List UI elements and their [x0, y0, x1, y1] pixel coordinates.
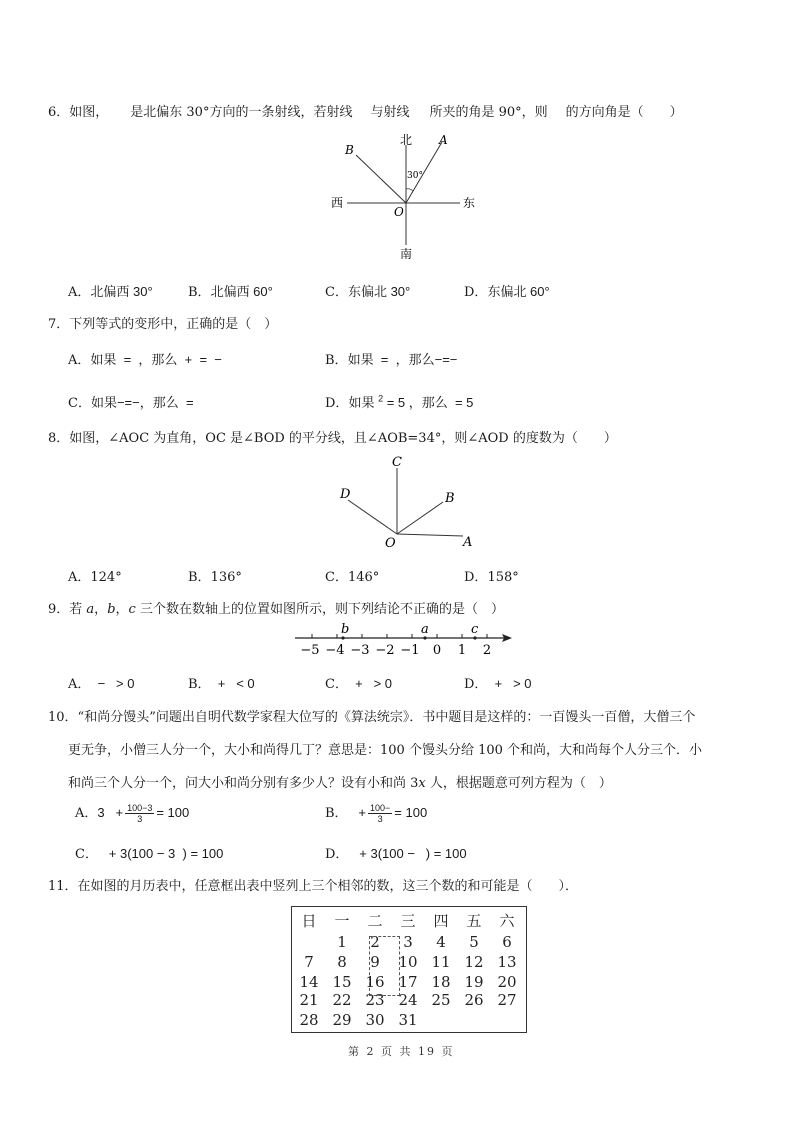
weekday-header: 五 — [459, 910, 489, 931]
weekday-header: 一 — [327, 910, 357, 931]
weekday-header: 三 — [393, 910, 423, 931]
tick-label: −1 — [400, 643, 419, 658]
point-b-label: b — [341, 622, 349, 637]
q10-line-1: 10．“和尚分馒头”问题出自明代数学家程大位写的《算法统宗》．书中题目是这样的：… — [48, 706, 695, 725]
calendar-row: 14 15 16 17 18 19 20 — [292, 973, 528, 992]
highlight-dashed-box — [369, 936, 400, 996]
q10-option-a[interactable]: A．3 +100−33= 100 — [75, 802, 189, 824]
ray-b-label: B — [344, 143, 354, 157]
label-b: B — [444, 491, 455, 506]
tick-label: 2 — [483, 643, 491, 658]
west-label: 西 — [331, 196, 343, 210]
calendar-table: 日 一 二 三 四 五 六 1 2 3 4 5 6 7 8 9 10 11 12… — [291, 906, 527, 1033]
q8-stem: 8．如图，∠AOC 为直角，OC 是∠BOD 的平分线，且∠AOB=34°，则∠… — [48, 427, 617, 446]
point-c-label: c — [471, 622, 479, 637]
q9-option-a[interactable]: A． − > 0 — [68, 673, 134, 692]
east-label: 东 — [463, 196, 475, 210]
point-a-label: a — [421, 622, 429, 637]
weekday-header: 日 — [294, 910, 324, 931]
calendar-row: 28 29 30 31 — [292, 1011, 528, 1030]
calendar-row: 7 8 9 10 11 12 13 — [292, 953, 528, 972]
q10-option-b[interactable]: B． +100−3= 100 — [325, 802, 427, 824]
q7-option-b[interactable]: B．如果 = ，那么−=− — [325, 349, 457, 368]
north-label: 北 — [400, 133, 412, 147]
q10-line-3: 和尚三个人分一个，问大小和尚分别有多少人？设有小和尚 3x 人，根据题意可列方程… — [68, 772, 612, 791]
origin-label: O — [394, 205, 404, 219]
q10-option-c[interactable]: C． + 3(100 − 3 ) = 100 — [75, 843, 223, 862]
weekday-header: 四 — [426, 910, 456, 931]
label-o: O — [385, 536, 396, 551]
tick-label: −2 — [375, 643, 394, 658]
calendar-row: 21 22 23 24 25 26 27 — [292, 991, 528, 1010]
south-label: 南 — [400, 246, 412, 261]
compass-diagram: 北 南 东 西 O A B 30° — [320, 125, 490, 265]
tick-label: 1 — [458, 643, 466, 658]
q6-option-a[interactable]: A．北偏西 30° — [68, 281, 153, 300]
weekday-header: 二 — [360, 910, 390, 931]
q8-option-a[interactable]: A．124° — [68, 566, 122, 585]
q7-stem: 7．下列等式的变形中，正确的是（ ） — [48, 313, 277, 332]
q6-option-d[interactable]: D．东偏北 60° — [464, 281, 550, 300]
calendar-row: 1 2 3 4 5 6 — [292, 933, 528, 952]
q7-option-a[interactable]: A．如果 = ，那么 + = − — [68, 349, 222, 368]
q11-stem: 11．在如图的月历表中，任意框出表中竖列上三个相邻的数，这三个数的和可能是（ ）… — [48, 875, 578, 894]
weekday-header: 六 — [492, 910, 522, 931]
q10-line-2: 更无争，小僧三人分一个，大小和尚得几丁？意思是：100 个馒头分给 100 个和… — [68, 739, 702, 758]
number-line: b a c −5 −4 −3 −2 −1 0 1 2 — [290, 618, 520, 660]
q8-option-c[interactable]: C．146° — [325, 566, 379, 585]
q9-option-b[interactable]: B． + < 0 — [188, 673, 255, 692]
q8-option-b[interactable]: B．136° — [188, 566, 242, 585]
tick-label: 0 — [433, 643, 441, 658]
q6-option-b[interactable]: B．北偏西 60° — [188, 281, 273, 300]
label-c: C — [392, 455, 402, 470]
q7-option-d[interactable]: D．如果 2 = 5 ，那么 = 5 — [325, 392, 473, 411]
q8-option-d[interactable]: D．158° — [464, 566, 519, 585]
q7-option-c[interactable]: C．如果−=−，那么 = — [68, 392, 194, 411]
angle-diagram: C B D O A — [320, 450, 490, 555]
calendar-header-row: 日 一 二 三 四 五 六 — [292, 910, 528, 929]
q9-option-d[interactable]: D． + > 0 — [464, 673, 532, 692]
q9-stem: 9．若 a，b，c 三个数在数轴上的位置如图所示，则下列结论不正确的是（ ） — [48, 598, 504, 617]
label-a: A — [462, 535, 472, 550]
q9-option-c[interactable]: C． + > 0 — [325, 673, 392, 692]
q10-option-d[interactable]: D． + 3(100 − ) = 100 — [325, 843, 467, 862]
tick-label: −4 — [325, 643, 344, 658]
page-footer: 第 2 页 共 19 页 — [348, 1043, 454, 1059]
fraction: 100−3 — [368, 803, 392, 824]
ray-a-label: A — [438, 133, 448, 147]
label-d: D — [339, 487, 351, 502]
fraction: 100−33 — [125, 803, 154, 824]
q6-option-c[interactable]: C．东偏北 30° — [325, 281, 410, 300]
q6-stem: 6．如图，是北偏东 30°方向的一条射线，若射线与射线所夹的角是 90°，则的方… — [48, 101, 683, 120]
tick-label: −5 — [300, 643, 319, 658]
tick-label: −3 — [350, 643, 369, 658]
angle-label: 30° — [407, 171, 423, 181]
